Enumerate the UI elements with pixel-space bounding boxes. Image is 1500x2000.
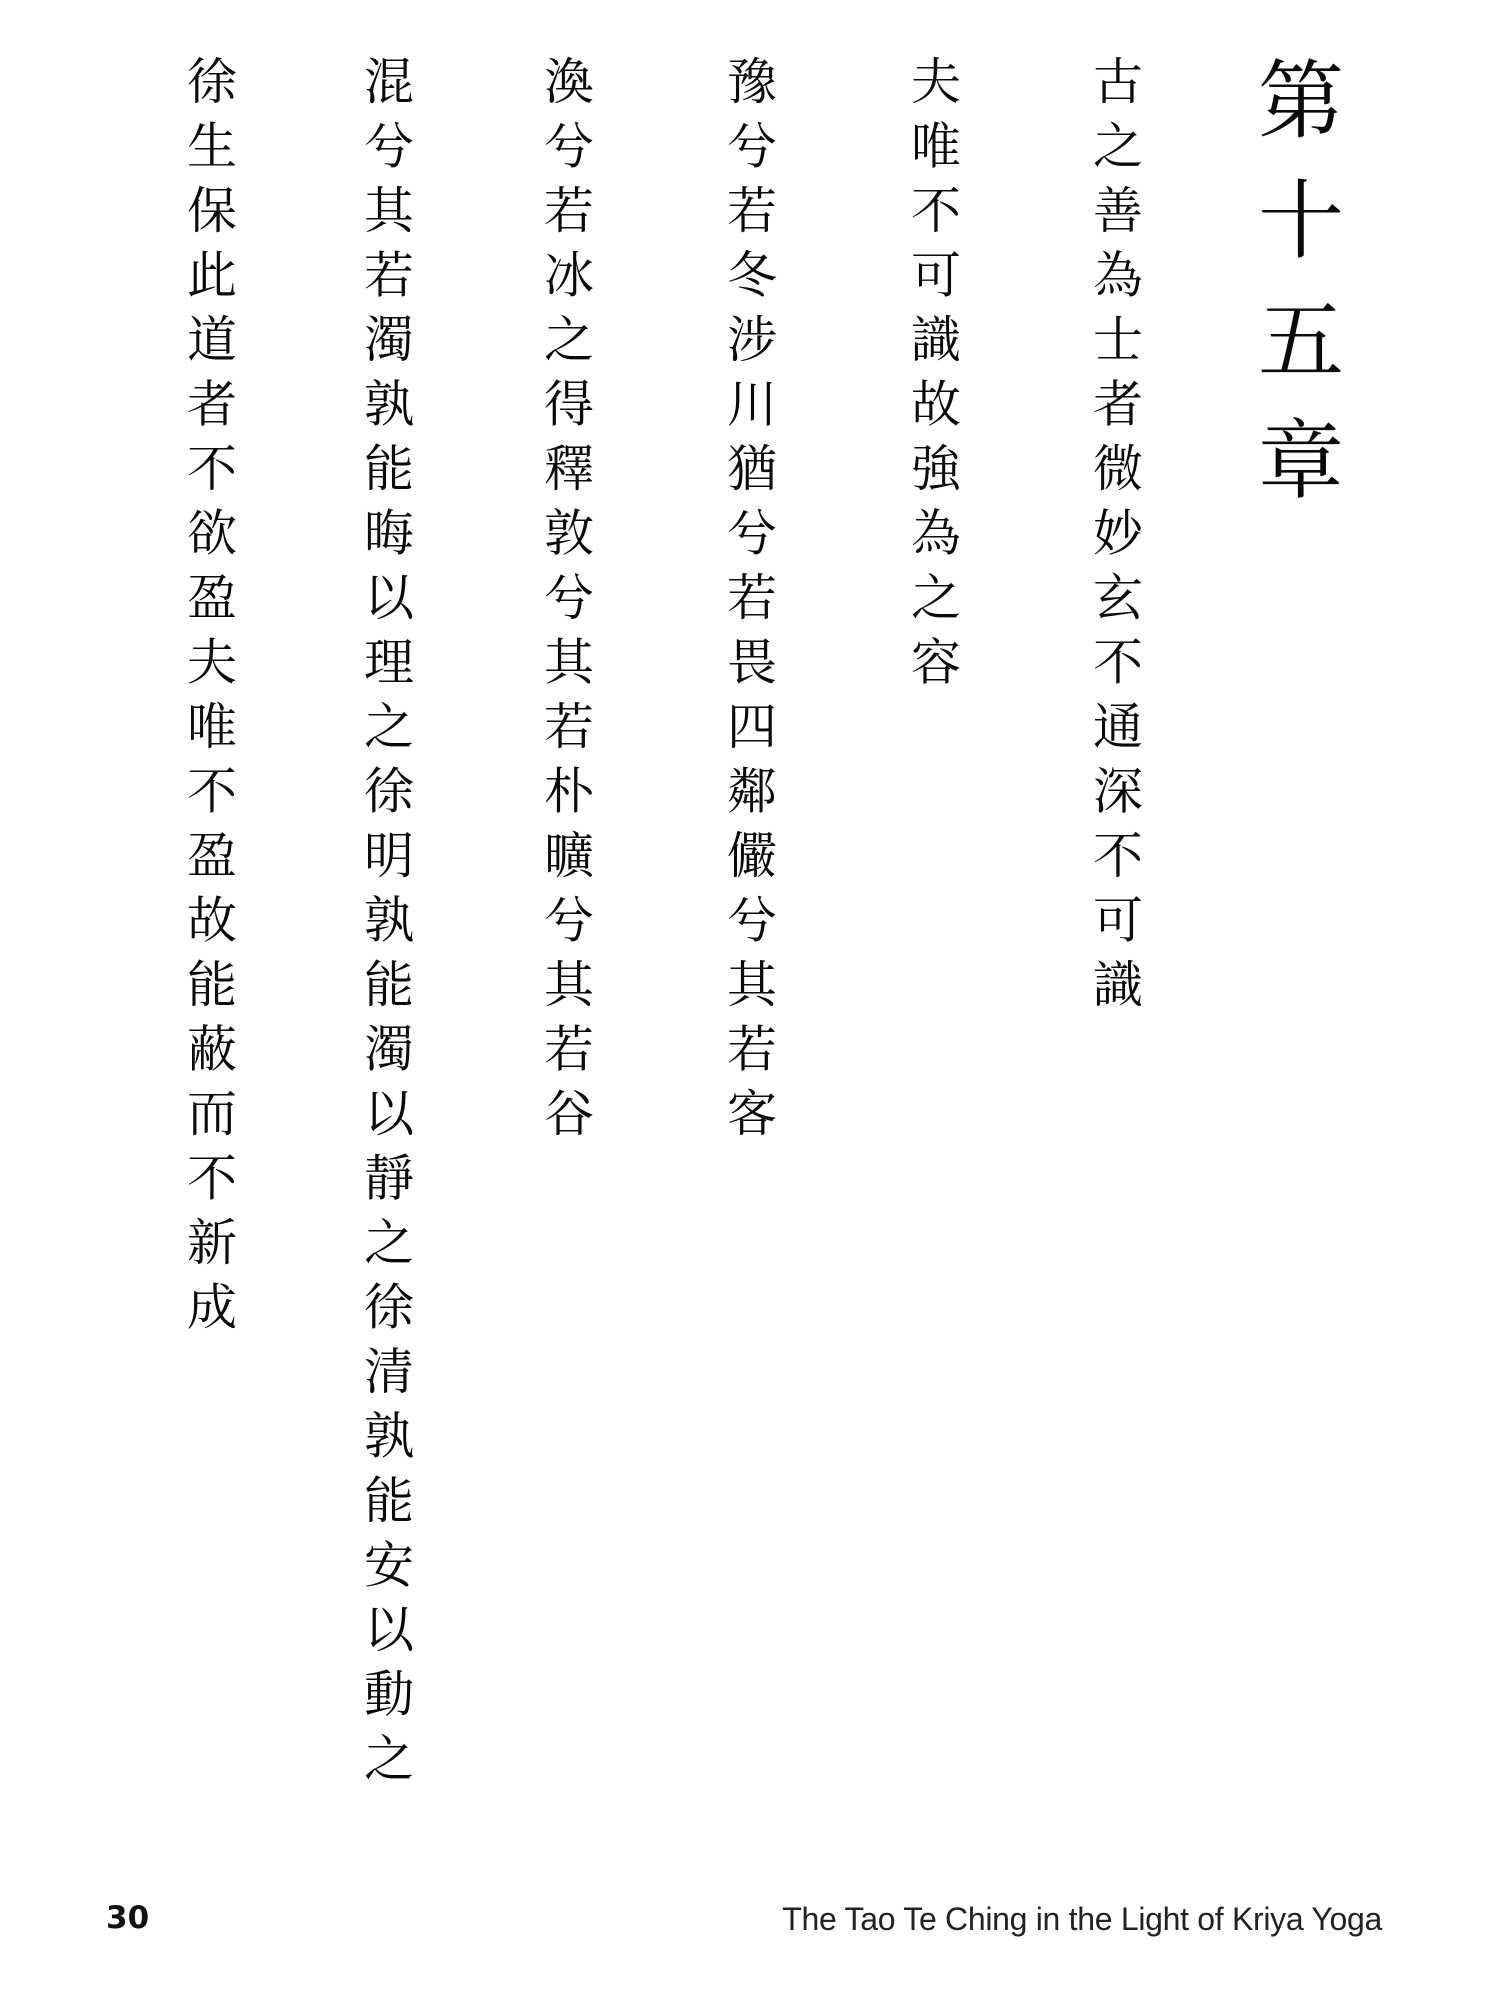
book-page: 第十五章 古之善為士者微妙玄不通深不可識 夫唯不可識故強為之容 豫兮若冬涉川猶兮… xyxy=(0,0,1500,2000)
verse-column-3: 豫兮若冬涉川猶兮若畏四鄰儼兮其若客 xyxy=(716,55,780,1152)
verse-column-2: 夫唯不可識故強為之容 xyxy=(900,55,964,700)
running-footer-book-title: The Tao Te Ching in the Light of Kriya Y… xyxy=(782,1901,1382,1938)
verse-column-6: 徐生保此道者不欲盈夫唯不盈故能蔽而不新成 xyxy=(176,55,240,1345)
verse-column-4: 渙兮若冰之得釋敦兮其若朴曠兮其若谷 xyxy=(533,55,597,1152)
verse-column-5: 混兮其若濁孰能晦以理之徐明孰能濁以靜之徐清孰能安以動之 xyxy=(353,55,417,1797)
page-number: 30 xyxy=(106,1900,149,1936)
chapter-title: 第十五章 xyxy=(1245,55,1340,535)
verse-column-1: 古之善為士者微妙玄不通深不可識 xyxy=(1082,55,1146,1023)
